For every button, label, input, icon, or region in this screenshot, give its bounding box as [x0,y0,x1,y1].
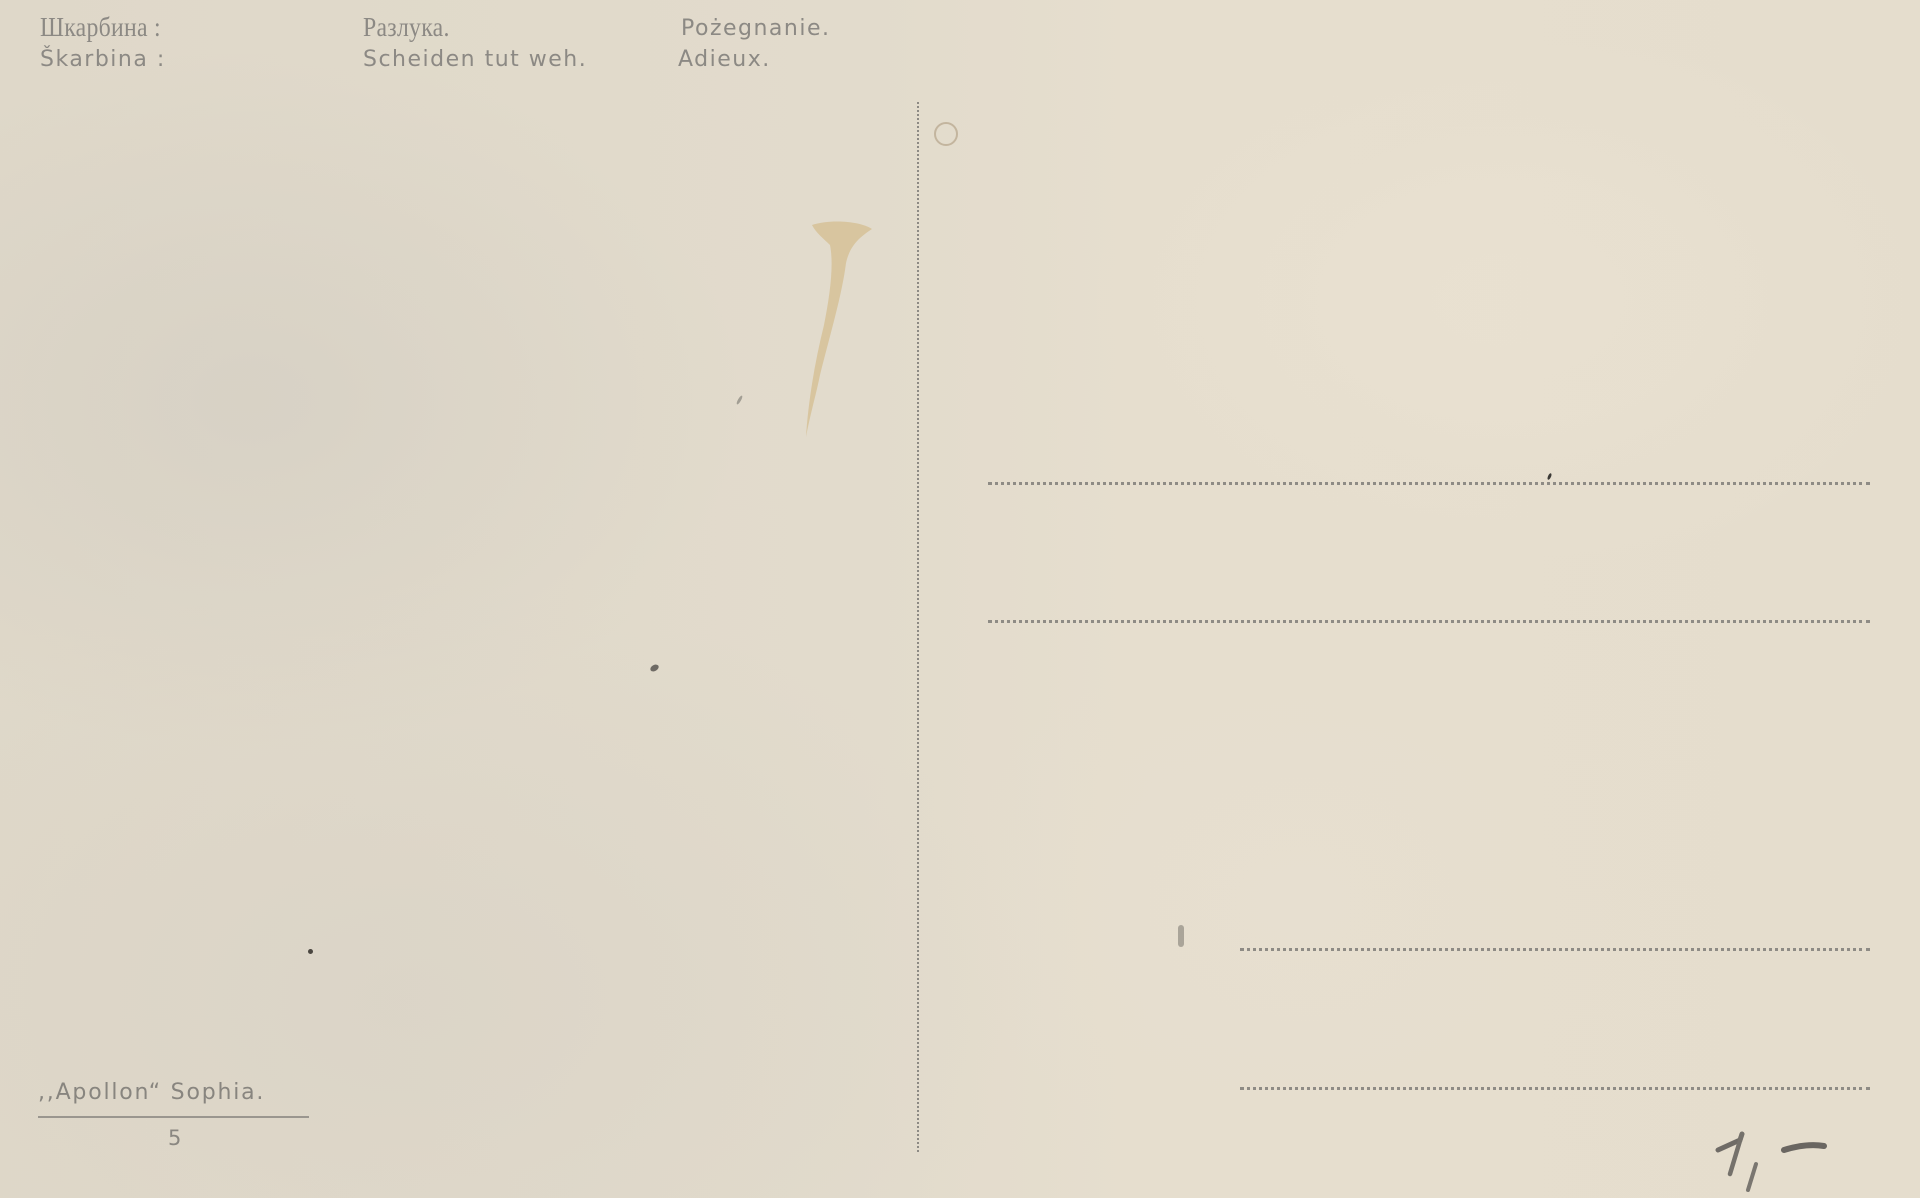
stain-mark [790,215,900,440]
title-polish: Pożegnanie. [681,16,831,41]
publisher-underline [38,1116,309,1118]
artist-name-latin: Škarbina : [40,47,166,72]
title-bulgarian: Разлука. [363,12,450,43]
center-divider [917,102,919,1152]
address-line-1 [988,482,1870,485]
smudge-mark [1178,925,1184,947]
title-german: Scheiden tut weh. [363,47,587,72]
ink-speck [308,949,313,954]
ring-mark [934,122,958,146]
address-line-4 [1240,1087,1870,1090]
artist-name-cyrillic: Шкарбина : [40,12,161,43]
postcard-paper [0,0,1920,1198]
address-line-2 [988,620,1870,623]
handwritten-price: 1,– [1712,1122,1832,1192]
address-line-3 [1240,948,1870,951]
publisher-imprint: ,,Apollon“ Sophia. [38,1080,265,1105]
series-number: 5 [168,1126,181,1150]
title-french: Adieux. [678,47,771,72]
